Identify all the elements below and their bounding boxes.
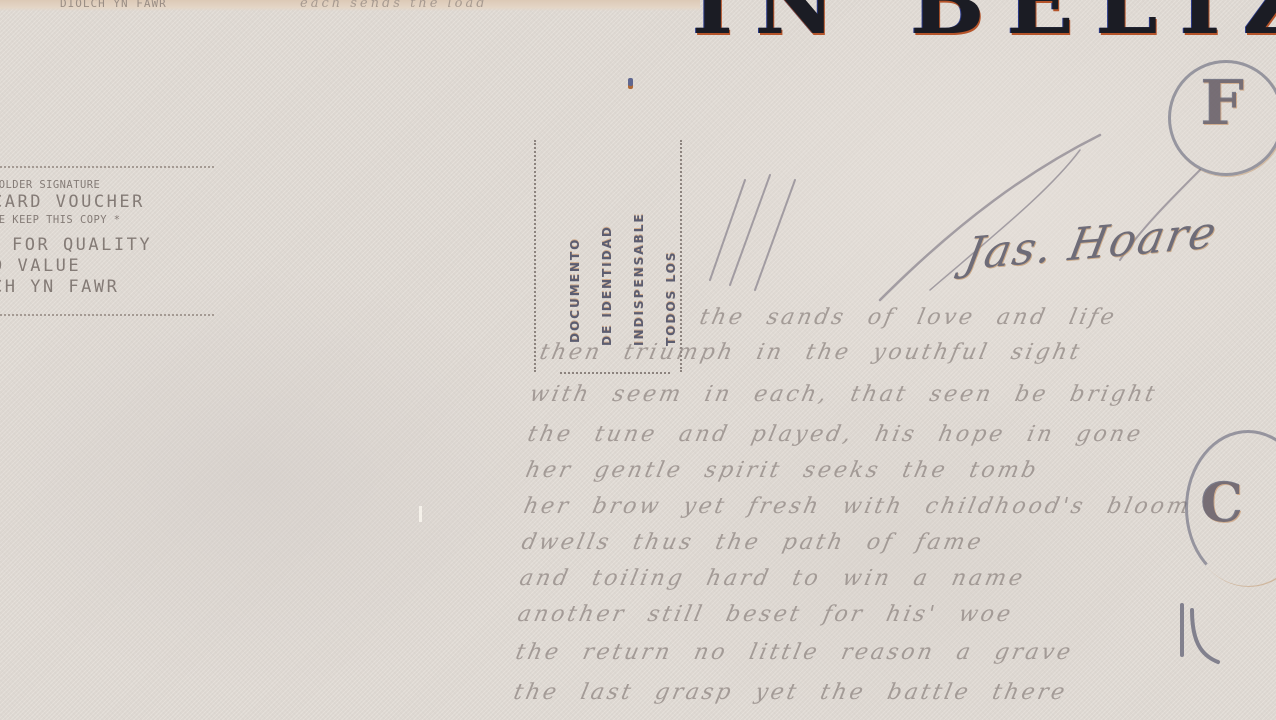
- script-line-6: her brow yet fresh with childhood's bloo…: [521, 494, 1193, 519]
- script-line-10: the return no little reason a grave: [513, 640, 1075, 665]
- script-line-3: with seem in each, that seen be bright: [527, 382, 1159, 407]
- ink-speck: [628, 78, 633, 86]
- stamp-border-bottom: [560, 372, 670, 374]
- postmark-letter-c: C: [1200, 470, 1243, 534]
- script-line-4: the tune and played, his hope in gone: [525, 422, 1145, 447]
- receipt-line-3: SE KEEP THIS COPY *: [0, 213, 211, 227]
- stamp-line-4: TODOS LOS: [664, 251, 678, 346]
- receipt-line-6: CH YN FAWR: [0, 277, 222, 298]
- top-strip-receipt-text: DIOLCH YN FAWR: [60, 0, 167, 10]
- script-line-8: and toiling hard to win a name: [517, 566, 1027, 591]
- stamp-border-right: [680, 140, 682, 372]
- script-line-7: dwells thus the path of fame: [519, 530, 986, 555]
- receipt-line-1: HOLDER SIGNATURE: [0, 178, 211, 192]
- receipt-block: HOLDER SIGNATURE CARD VOUCHER SE KEEP TH…: [0, 164, 222, 326]
- paper-highlight: [419, 506, 422, 522]
- script-line-5: her gentle spirit seeks the tomb: [523, 458, 1041, 483]
- stamp-border-left: [534, 140, 536, 372]
- receipt-divider-top: [0, 166, 214, 168]
- script-line-1: the sands of love and life: [697, 305, 1119, 330]
- page-title: IN BELIZE: [692, 0, 1276, 46]
- postmark-fragment-icon: [1170, 600, 1230, 670]
- stamp-line-1: DOCUMENTO: [568, 238, 582, 343]
- top-strip-script-text: each sends the load: [300, 0, 488, 11]
- stamp-line-2: DE IDENTIDAD: [600, 225, 614, 346]
- receipt-line-2: CARD VOUCHER: [0, 192, 222, 213]
- receipt-divider-bottom: [0, 314, 214, 316]
- stamp-line-3: INDISPENSABLE: [632, 212, 646, 346]
- script-line-2: then triumph in the youthful sight: [537, 340, 1084, 365]
- script-line-11: the last grasp yet the battle there: [511, 680, 1070, 705]
- top-strip: DIOLCH YN FAWR each sends the load: [0, 0, 700, 11]
- receipt-line-4: FOR QUALITY: [0, 235, 222, 256]
- postmark-letter-f: F: [1200, 66, 1244, 139]
- script-line-9: another still beset for his' woe: [515, 602, 1015, 627]
- background-paper: DIOLCH YN FAWR each sends the load IN BE…: [0, 0, 1276, 720]
- receipt-line-5: D VALUE: [0, 256, 222, 277]
